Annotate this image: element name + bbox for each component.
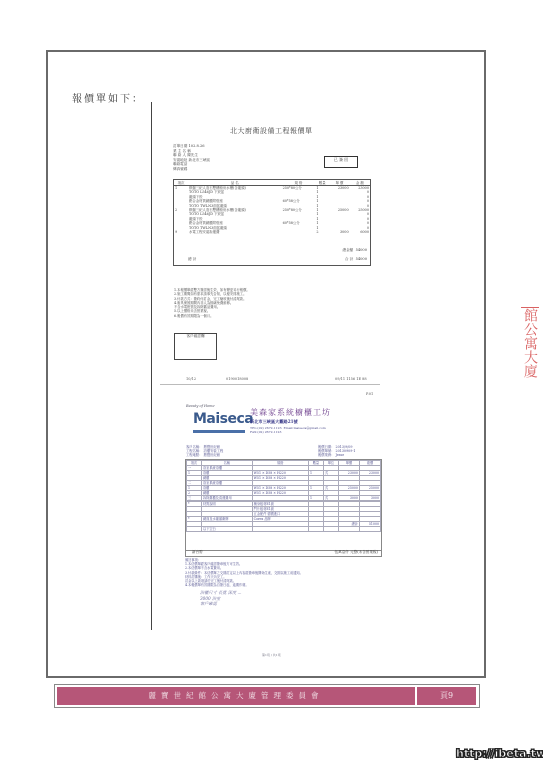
quote1-meta: 訂單日期 102.8.26業 主 名 稱聯 絡 人 陳先生安裝地址 新北市三峽區… [173, 144, 210, 171]
company-address: 新北市三峽區大觀路21號 [250, 419, 298, 425]
quote2-notes: 備註事項：1.本估價單經客戶確認簽章後方可生效。2.本估價單不含水電費用。3.付… [185, 558, 380, 587]
meta-line: 報價業務： Jesse [318, 453, 356, 457]
scan-edge-line [151, 102, 152, 630]
company-contact: TEL:(02) 2672-1123 Email:maiseca@gmail.c… [250, 426, 326, 434]
quote1-subtotal: 總金額 54000 [342, 248, 367, 253]
cell-no: 9 [174, 230, 188, 234]
customer-sign-box: 客戶確認欄 [174, 333, 217, 360]
watermark: http://ibeta.tw [456, 747, 543, 760]
cell-price [338, 527, 359, 532]
page-indicator: 第1頁 / 共1頁 [262, 653, 281, 657]
table-row: 以下空白 [187, 527, 381, 532]
footer-committee-title: 麗寶世紀館公寓大廈管理委員會 [57, 687, 415, 705]
cell-price: 3000 [329, 230, 349, 234]
quote1-notes: 1.本報價單經雙方簽認後生效，如有變更另行報價。2.施工期間如有需求請事先告知，… [174, 288, 364, 318]
cell-unit [323, 527, 338, 532]
logo-bar [193, 430, 245, 433]
quote1-total-label: 總 計 [188, 257, 196, 262]
logo-tagline: Beauty of Home [186, 404, 215, 408]
table-row: 9水電工程安裝拆運費230006000 [174, 230, 370, 234]
cell-spec [282, 230, 316, 234]
company-name: 美森家系統櫥櫃工坊 [250, 407, 331, 418]
footer-page-number: 頁9 [417, 687, 476, 705]
meta-line: 工程地點： 麗寶世紀館 [186, 453, 223, 457]
quote1-title: 北大廚衛設備工程報價單 [230, 126, 313, 136]
fax-header-time: 09/11 1156 1E 88 [335, 377, 367, 381]
document-heading: 報價單如下： [72, 90, 144, 105]
quote1-grand-total: 合 計 54000 [345, 257, 367, 262]
quote2-table: 項次名稱規格數量單位單價複價 一浴室系統浴櫃1浴櫃W51 × D58 × H22… [185, 459, 382, 551]
cell-name: 水電工程安裝拆運費 [188, 230, 282, 234]
cell-amount: 6000 [350, 230, 370, 234]
cell-qty: 2 [315, 230, 329, 234]
fax-divider [160, 384, 380, 385]
cell-spec [252, 527, 308, 532]
handwriting-line: 浴櫃尺寸 長寬 深度 ... [200, 590, 242, 596]
quote1-table: 項次品 名規 格數量單 價金 額 1棋盤三紀人造石雙槽廚房水槽(含龍頭)250*… [173, 179, 371, 266]
quote2-quote-info: 報價日期： 2013/9/09報價單號： 20130909-1報價業務： Jes… [318, 445, 356, 458]
cell-qty [308, 527, 323, 532]
quote2-client-info: 客戶名稱： 麗寶世紀館工程名稱： 浴櫃安裝工程工程地點： 麗寶世紀館 [186, 445, 223, 458]
cell-amount [359, 527, 380, 532]
cell-name: 以下空白 [201, 527, 252, 532]
cell-no [187, 527, 202, 532]
note-line: 6.報價有效期限為一個月。 [174, 314, 364, 318]
company-logo: Maiseca [193, 411, 253, 427]
signed-stamp: 已 簽 回 [324, 156, 358, 168]
handwriting-line: 客戶確認 [200, 601, 242, 607]
meta-line: 訂單日期 102.8.26 [173, 144, 210, 149]
fax-header-number: 0190018008 [226, 377, 248, 381]
fax-header-left: 10/12 [186, 377, 196, 381]
handwritten-notes: 浴櫃尺寸 長寬 深度 ...3000 浴室客戶確認 [200, 590, 242, 607]
note-line: 4.本報價單有效期限為自簽日起，逾期作廢。 [185, 583, 380, 587]
fax-page: P.01 [366, 392, 373, 396]
quote2-total-footer: 新台幣 伍萬壹仟 元整(未含營業稅) [185, 549, 382, 557]
meta-line: 傳真號碼 [173, 167, 210, 172]
red-seal-stamp: 館公寓大廈 [521, 307, 539, 418]
